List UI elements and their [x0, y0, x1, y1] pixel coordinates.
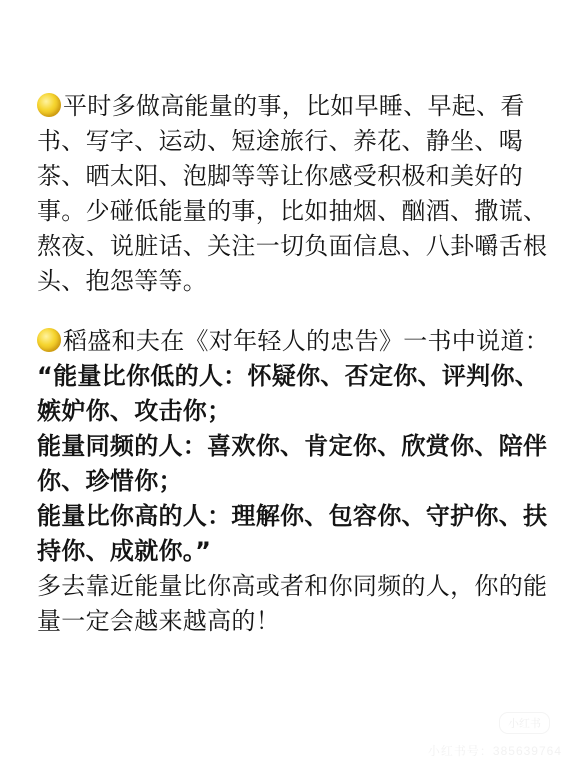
paragraph-high-energy-habits: 平时多做高能量的事，比如早睡、早起、看 书、写字、运动、短途旅行、养花、静坐、喝…	[37, 89, 557, 299]
text-line: 头、抱怨等等。	[37, 264, 557, 299]
text-line: 书、写字、运动、短途旅行、养花、静坐、喝	[37, 124, 557, 159]
text-line: 茶、晒太阳、泡脚等等让你感受积极和美好的	[37, 159, 557, 194]
moon-emoji-icon	[37, 93, 61, 117]
closing-line: 量一定会越来越高的！	[37, 604, 557, 639]
quote-line: 能量比你高的人：理解你、包容你、守护你、扶	[37, 499, 557, 534]
quote-line: “能量比你低的人：怀疑你、否定你、评判你、	[37, 359, 557, 394]
quote-intro: 稻盛和夫在《对年轻人的忠告》一书中说道：	[37, 324, 557, 359]
quote-line: 能量同频的人：喜欢你、肯定你、欣赏你、陪伴	[37, 429, 557, 464]
quote-line: 你、珍惜你；	[37, 464, 557, 499]
xiaohongshu-logo-icon: 小红书	[499, 712, 550, 734]
moon-emoji-icon	[37, 328, 61, 352]
closing-line: 多去靠近能量比你高或者和你同频的人，你的能	[37, 569, 557, 604]
quote-line: 嫉妒你、攻击你；	[37, 394, 557, 429]
quote-line: 持你、成就你。”	[37, 534, 557, 569]
text-line: 事。少碰低能量的事，比如抽烟、酗酒、撒谎、	[37, 194, 557, 229]
text-line: 熬夜、说脏话、关注一切负面信息、八卦嚼舌根	[37, 229, 557, 264]
document-body: 平时多做高能量的事，比如早睡、早起、看 书、写字、运动、短途旅行、养花、静坐、喝…	[37, 89, 557, 639]
text-line: 平时多做高能量的事，比如早睡、早起、看	[37, 89, 557, 124]
paragraph-inamori-quote: 稻盛和夫在《对年轻人的忠告》一书中说道： “能量比你低的人：怀疑你、否定你、评判…	[37, 324, 557, 639]
watermark-id: 小红书号：385639764	[428, 742, 562, 759]
watermark: 小红书 小红书号：385639764	[428, 712, 562, 759]
